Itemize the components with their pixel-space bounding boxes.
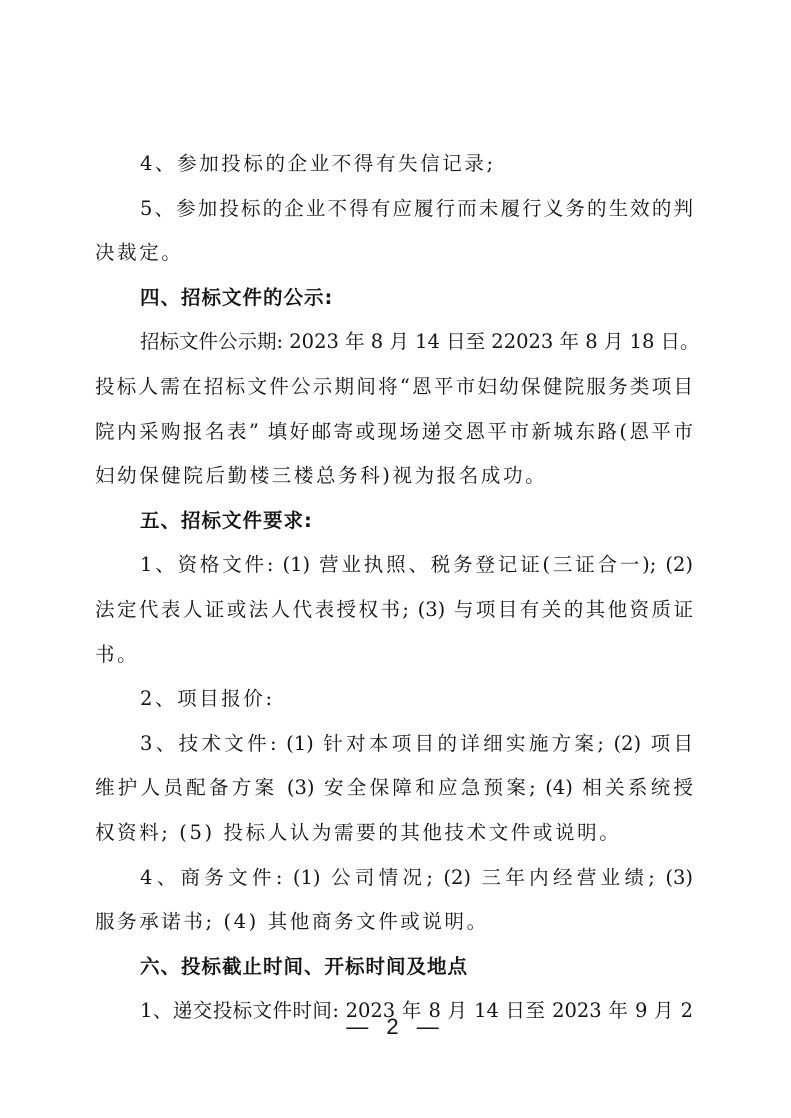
project-quotation-item: 2、项目报价: [95, 677, 693, 722]
business-documents-cont: 服务承诺书; (4) 其他商务文件或说明。 [95, 900, 693, 945]
technical-documents-cont-1: 维护人员配备方案 (3) 安全保障和应急预案; (4) 相关系统授 [95, 766, 693, 811]
technical-documents-item: 3、技术文件: (1) 针对本项目的详细实施方案; (2) 项目 [95, 722, 693, 767]
section-heading-5-requirements: 五、招标文件要求: [95, 499, 693, 544]
publicity-registration-text-cont-2: 妇幼保健院后勤楼三楼总务科)视为报名成功。 [95, 454, 693, 499]
publicity-registration-text: 投标人需在招标文件公示期间将“恩平市妇幼保健院服务类项目 [95, 365, 693, 410]
page-number: — 2 — [0, 1014, 791, 1040]
qualification-documents-item: 1、资格文件: (1) 营业执照、税务登记证(三证合一); (2) [95, 543, 693, 588]
business-documents-item: 4、商务文件: (1) 公司情况; (2) 三年内经营业绩; (3) [95, 856, 693, 901]
section-heading-4-publicity: 四、招标文件的公示: [95, 276, 693, 321]
section-heading-6-deadline: 六、投标截止时间、开标时间及地点 [95, 945, 693, 990]
qualification-documents-cont-2: 书。 [95, 633, 693, 678]
requirement-item-4: 4、参加投标的企业不得有失信记录; [95, 142, 693, 187]
document-page: 4、参加投标的企业不得有失信记录; 5、参加投标的企业不得有应履行而未履行义务的… [95, 142, 693, 1034]
publicity-registration-text-cont-1: 院内采购报名表” 填好邮寄或现场递交恩平市新城东路(恩平市 [95, 410, 693, 455]
requirement-item-5: 5、参加投标的企业不得有应履行而未履行义务的生效的判 [95, 187, 693, 232]
requirement-item-5-continued: 决裁定。 [95, 231, 693, 276]
technical-documents-cont-2: 权资料; (5) 投标人认为需要的其他技术文件或说明。 [95, 811, 693, 856]
qualification-documents-cont-1: 法定代表人证或法人代表授权书; (3) 与项目有关的其他资质证 [95, 588, 693, 633]
publicity-period-text: 招标文件公示期: 2023 年 8 月 14 日至 22023 年 8 月 18… [95, 320, 693, 365]
